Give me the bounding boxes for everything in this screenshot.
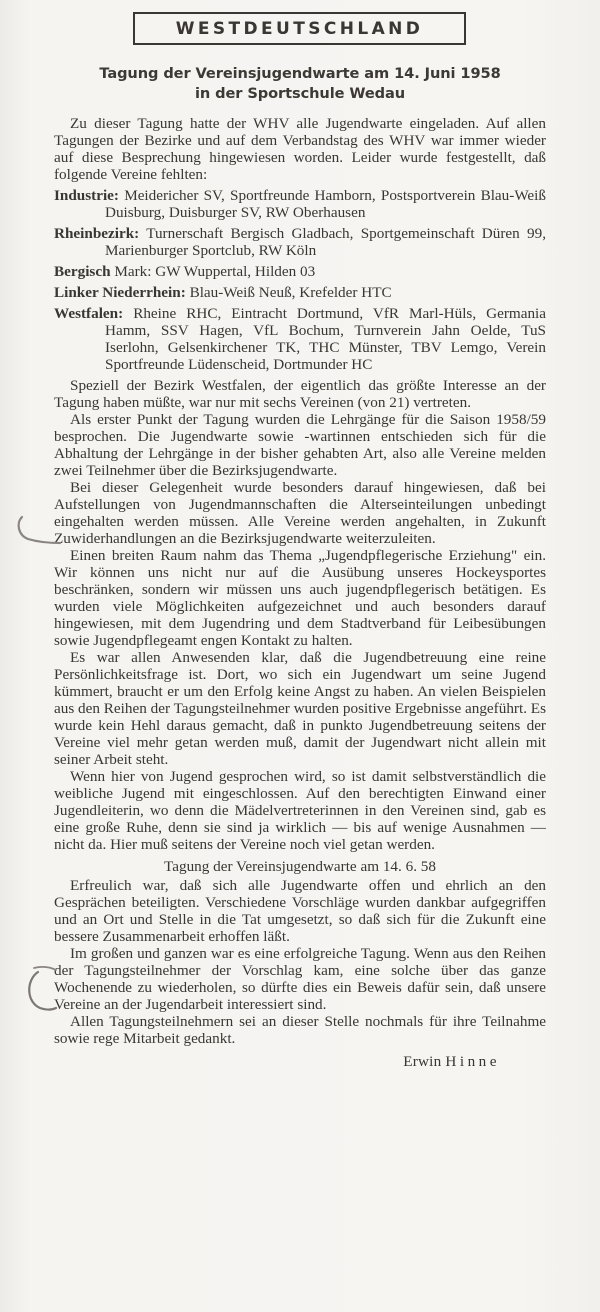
body-paragraph: Einen breiten Raum nahm das Thema „Jugen… — [54, 547, 546, 649]
club-names: GW Wuppertal, Hilden 03 — [155, 263, 315, 280]
region-label: Bergisch — [54, 263, 111, 280]
missing-clubs-item: Industrie: Meidericher SV, Sportfreunde … — [54, 187, 546, 221]
club-names: Meidericher SV, Sportfreunde Hamborn, Po… — [105, 187, 546, 221]
section-masthead: WESTDEUTSCHLAND — [133, 12, 466, 45]
club-names: Turnerschaft Bergisch Gladbach, Sportgem… — [105, 225, 546, 259]
region-label: Industrie: — [54, 187, 119, 204]
body-paragraph: Speziell der Bezirk Westfalen, der eigen… — [54, 377, 546, 411]
club-names: Rheine RHC, Eintracht Dortmund, VfR Marl… — [105, 305, 546, 373]
headline-line-1: Tagung der Vereinsjugendwarte am 14. Jun… — [40, 64, 560, 84]
author-signature: Erwin Hinne — [54, 1053, 546, 1070]
region-label: Westfalen: — [54, 305, 123, 322]
body-paragraph: Wenn hier von Jugend gesprochen wird, so… — [54, 768, 546, 853]
newspaper-clipping: WESTDEUTSCHLAND Tagung der Vereinsjugend… — [0, 0, 600, 1312]
closing-paragraph: Im großen und ganzen war es eine erfolgr… — [54, 945, 546, 1013]
missing-clubs-item: Linker Niederrhein: Blau-Weiß Neuß, Kref… — [54, 284, 546, 301]
section-subheading: Tagung der Vereinsjugendwarte am 14. 6. … — [54, 858, 546, 875]
missing-clubs-item: Rheinbezirk: Turnerschaft Bergisch Gladb… — [54, 225, 546, 259]
intro-paragraph: Zu dieser Tagung hatte der WHV alle Juge… — [54, 115, 546, 183]
author-last-name: Hinne — [445, 1053, 500, 1070]
body-paragraph: Als erster Punkt der Tagung wurden die L… — [54, 411, 546, 479]
missing-clubs-list: Industrie: Meidericher SV, Sportfreunde … — [54, 187, 546, 373]
region-label: Linker Niederrhein: — [54, 284, 186, 301]
region-label: Rheinbezirk: — [54, 225, 139, 242]
masthead-title: WESTDEUTSCHLAND — [176, 19, 424, 39]
headline-line-2: in der Sportschule Wedau — [40, 84, 560, 104]
body-paragraph: Es war allen Anwesenden klar, daß die Ju… — [54, 649, 546, 768]
missing-clubs-item: Bergisch Mark: GW Wuppertal, Hilden 03 — [54, 263, 546, 280]
region-label-rest: Mark: — [114, 263, 151, 280]
author-first-name: Erwin — [403, 1053, 441, 1070]
closing-paragraph: Allen Tagungsteilnehmern sei an dieser S… — [54, 1013, 546, 1047]
closing-paragraph: Erfreulich war, daß sich alle Jugendwart… — [54, 877, 546, 945]
article-headline: Tagung der Vereinsjugendwarte am 14. Jun… — [40, 64, 560, 104]
article-body: Zu dieser Tagung hatte der WHV alle Juge… — [54, 115, 546, 1070]
body-paragraph: Bei dieser Gelegenheit wurde besonders d… — [54, 479, 546, 547]
club-names: Blau-Weiß Neuß, Krefelder HTC — [190, 284, 392, 301]
missing-clubs-item: Westfalen: Rheine RHC, Eintracht Dortmun… — [54, 305, 546, 373]
